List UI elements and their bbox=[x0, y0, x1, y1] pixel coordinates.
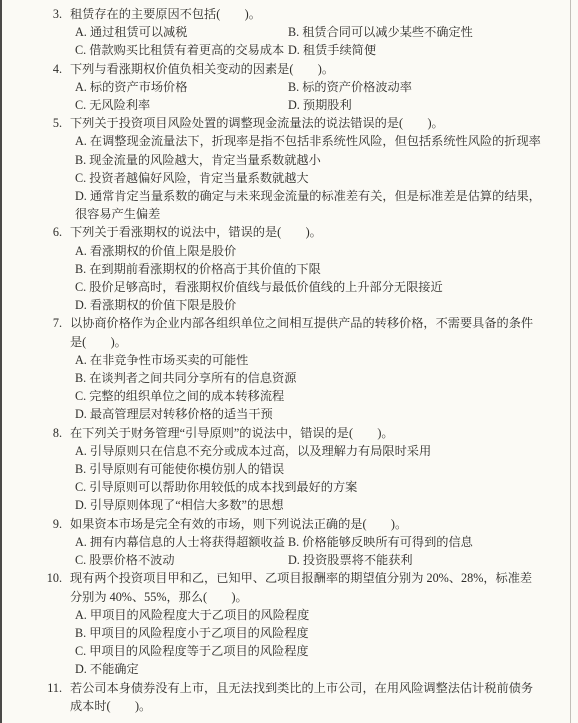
question-stem: 下列与看涨期权价值负相关变动的因素是( )。 bbox=[70, 60, 544, 78]
page-left-border bbox=[0, 0, 2, 723]
option-D: D. 看涨期权的价值下限是股价 bbox=[75, 296, 544, 314]
question-7: 7.以协商价格作为企业内部各组织单位之间相互提供产品的转移价格，不需要具备的条件… bbox=[70, 314, 544, 423]
option-C: C. 股价足够高时，看涨期权价值线与最低价值线的上升部分无限接近 bbox=[75, 278, 544, 296]
option-C: C. 无风险利率 bbox=[75, 96, 288, 114]
option-B: B. 引导原则有可能使你模仿别人的错误 bbox=[75, 460, 544, 478]
option-C: C. 甲项目的风险程度等于乙项目的风险程度 bbox=[75, 642, 544, 660]
option-D: D. 预期股利 bbox=[288, 96, 544, 114]
question-number: 9. bbox=[0, 515, 62, 533]
option-B: B. 租赁合同可以减少某些不确定性 bbox=[288, 23, 544, 41]
options: A. 在非竞争性市场买卖的可能性B. 在谈判者之间共同分享所有的信息资源C. 完… bbox=[75, 351, 544, 424]
question-body: 下列与看涨期权价值负相关变动的因素是( )。A. 标的资产市场价格B. 标的资产… bbox=[70, 60, 544, 115]
question-body: 在下列关于财务管理“引导原则”的说法中，错误的是( )。A. 引导原则只在信息不… bbox=[70, 424, 544, 515]
options: A. 标的资产市场价格B. 标的资产价格波动率C. 无风险利率D. 预期股利 bbox=[75, 78, 544, 114]
question-number: 8. bbox=[0, 424, 62, 442]
options: A. 在调整现金流量法下，折现率是指不包括非系统性风险，但包括系统性风险的折现率… bbox=[75, 132, 544, 223]
question-stem: 租赁存在的主要原因不包括( )。 bbox=[70, 5, 544, 23]
question-body: 若公司本身债券没有上市，且无法找到类比的上市公司，在用风险调整法估计税前债务 成… bbox=[70, 679, 544, 715]
option-D: D. 不能确定 bbox=[75, 660, 544, 678]
question-body: 租赁存在的主要原因不包括( )。A. 通过租赁可以减税B. 租赁合同可以减少某些… bbox=[70, 5, 544, 60]
option-C: C. 借款购买比租赁有着更高的交易成本 bbox=[75, 41, 288, 59]
option-D: D. 投资股票将不能获利 bbox=[288, 551, 544, 569]
option-A: A. 通过租赁可以减税 bbox=[75, 23, 288, 41]
option-A: A. 标的资产市场价格 bbox=[75, 78, 288, 96]
question-4: 4.下列与看涨期权价值负相关变动的因素是( )。A. 标的资产市场价格B. 标的… bbox=[70, 60, 544, 115]
options: A. 看涨期权的价值上限是股价B. 在到期前看涨期权的价格高于其价值的下限C. … bbox=[75, 242, 544, 315]
option-A: A. 甲项目的风险程度大于乙项目的风险程度 bbox=[75, 606, 544, 624]
option-B: B. 价格能够反映所有可得到的信息 bbox=[288, 533, 544, 551]
option-C: C. 完整的组织单位之间的成本转移流程 bbox=[75, 387, 544, 405]
question-number: 5. bbox=[0, 114, 62, 132]
option-A: A. 引导原则只在信息不充分或成本过高，以及理解力有局限时采用 bbox=[75, 442, 544, 460]
question-list: 3.租赁存在的主要原因不包括( )。A. 通过租赁可以减税B. 租赁合同可以减少… bbox=[0, 0, 578, 715]
question-number: 6. bbox=[0, 223, 62, 241]
option-C: C. 股票价格不波动 bbox=[75, 551, 288, 569]
option-B: B. 甲项目的风险程度小于乙项目的风险程度 bbox=[75, 624, 544, 642]
question-10: 10.现有两个投资项目甲和乙，已知甲、乙项目报酬率的期望值分别为 20%、28%… bbox=[70, 569, 544, 678]
question-body: 下列关于看涨期权的说法中，错误的是( )。A. 看涨期权的价值上限是股价B. 在… bbox=[70, 223, 544, 314]
options: A. 引导原则只在信息不充分或成本过高，以及理解力有局限时采用B. 引导原则有可… bbox=[75, 442, 544, 515]
question-stem: 现有两个投资项目甲和乙，已知甲、乙项目报酬率的期望值分别为 20%、28%，标准… bbox=[70, 569, 544, 605]
option-B: B. 现金流量的风险越大，肯定当量系数就越小 bbox=[75, 151, 544, 169]
question-stem: 若公司本身债券没有上市，且无法找到类比的上市公司，在用风险调整法估计税前债务 成… bbox=[70, 679, 544, 715]
question-stem: 以协商价格作为企业内部各组织单位之间相互提供产品的转移价格，不需要具备的条件 是… bbox=[70, 314, 544, 350]
option-B: B. 标的资产价格波动率 bbox=[288, 78, 544, 96]
option-D: D. 引导原则体现了“相信大多数”的思想 bbox=[75, 496, 544, 514]
option-A: A. 在非竞争性市场买卖的可能性 bbox=[75, 351, 544, 369]
option-B: B. 在到期前看涨期权的价格高于其价值的下限 bbox=[75, 260, 544, 278]
question-number: 7. bbox=[0, 314, 62, 332]
document-page: 3.租赁存在的主要原因不包括( )。A. 通过租赁可以减税B. 租赁合同可以减少… bbox=[0, 0, 578, 723]
question-number: 3. bbox=[0, 5, 62, 23]
option-B: B. 在谈判者之间共同分享所有的信息资源 bbox=[75, 369, 544, 387]
options: A. 通过租赁可以减税B. 租赁合同可以减少某些不确定性C. 借款购买比租赁有着… bbox=[75, 23, 544, 59]
question-body: 如果资本市场是完全有效的市场，则下列说法正确的是( )。A. 拥有内幕信息的人士… bbox=[70, 515, 544, 570]
question-11: 11.若公司本身债券没有上市，且无法找到类比的上市公司，在用风险调整法估计税前债… bbox=[70, 679, 544, 715]
question-stem: 下列关于投资项目风险处置的调整现金流量法的说法错误的是( )。 bbox=[70, 114, 544, 132]
question-3: 3.租赁存在的主要原因不包括( )。A. 通过租赁可以减税B. 租赁合同可以减少… bbox=[70, 5, 544, 60]
question-stem: 在下列关于财务管理“引导原则”的说法中，错误的是( )。 bbox=[70, 424, 544, 442]
options: A. 拥有内幕信息的人士将获得超额收益B. 价格能够反映所有可得到的信息C. 股… bbox=[75, 533, 544, 569]
question-number: 10. bbox=[0, 569, 62, 587]
options: A. 甲项目的风险程度大于乙项目的风险程度B. 甲项目的风险程度小于乙项目的风险… bbox=[75, 606, 544, 679]
question-body: 下列关于投资项目风险处置的调整现金流量法的说法错误的是( )。A. 在调整现金流… bbox=[70, 114, 544, 223]
option-C: C. 引导原则可以帮助你用较低的成本找到最好的方案 bbox=[75, 478, 544, 496]
option-D: D. 最高管理层对转移价格的适当干预 bbox=[75, 405, 544, 423]
question-number: 4. bbox=[0, 60, 62, 78]
question-body: 以协商价格作为企业内部各组织单位之间相互提供产品的转移价格，不需要具备的条件 是… bbox=[70, 314, 544, 423]
question-body: 现有两个投资项目甲和乙，已知甲、乙项目报酬率的期望值分别为 20%、28%，标准… bbox=[70, 569, 544, 678]
question-6: 6.下列关于看涨期权的说法中，错误的是( )。A. 看涨期权的价值上限是股价B.… bbox=[70, 223, 544, 314]
option-A: A. 看涨期权的价值上限是股价 bbox=[75, 242, 544, 260]
question-stem: 下列关于看涨期权的说法中，错误的是( )。 bbox=[70, 223, 544, 241]
option-C: C. 投资者越偏好风险，肯定当量系数就越大 bbox=[75, 169, 544, 187]
question-5: 5.下列关于投资项目风险处置的调整现金流量法的说法错误的是( )。A. 在调整现… bbox=[70, 114, 544, 223]
option-D: D. 通常肯定当量系数的确定与未来现金流量的标准差有关，但是标准差是估算的结果，… bbox=[75, 187, 544, 223]
question-8: 8.在下列关于财务管理“引导原则”的说法中，错误的是( )。A. 引导原则只在信… bbox=[70, 424, 544, 515]
option-A: A. 在调整现金流量法下，折现率是指不包括非系统性风险，但包括系统性风险的折现率 bbox=[75, 132, 544, 150]
question-stem: 如果资本市场是完全有效的市场，则下列说法正确的是( )。 bbox=[70, 515, 544, 533]
option-D: D. 租赁手续简便 bbox=[288, 41, 544, 59]
page-right-border bbox=[570, 0, 571, 723]
question-number: 11. bbox=[0, 679, 62, 697]
option-A: A. 拥有内幕信息的人士将获得超额收益 bbox=[75, 533, 288, 551]
question-9: 9.如果资本市场是完全有效的市场，则下列说法正确的是( )。A. 拥有内幕信息的… bbox=[70, 515, 544, 570]
